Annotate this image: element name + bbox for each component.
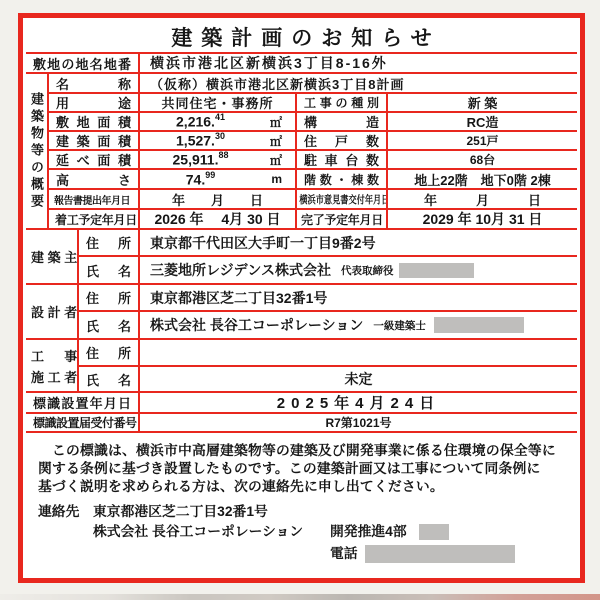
footer-notice: この標識は、横浜市中高層建築物等の建築及び開発事業に係る住環境の保全等に 関する… [26,433,577,575]
contractor-group-label: 工 事 施 工 者 [26,340,77,391]
building-area-value: 1,527.30 ㎡ [140,132,295,149]
redacted-owner-name [399,263,474,278]
height-value: 74.99 m [140,170,295,188]
structure-label: 構 造 [297,113,386,130]
report-date-label: 報告書提出年月日 [49,190,138,208]
contact-department: 開発推進4部 [330,522,407,542]
start-date-value: 2026 年 4月 30 日 [140,210,295,228]
units-value: 251戸 [388,132,577,149]
report-date-value: 年 月 日 [140,190,295,208]
sign-date-value: 2025年4月24日 [140,393,577,412]
photo-edge-artifact [0,594,600,600]
square-meter-unit: ㎡ [270,132,282,149]
overview-section-label: 建築物等の概要 [26,74,47,228]
finish-date-value: 2029 年 10月 31 日 [388,210,577,228]
sign-number-label: 標識設置届受付番号 [26,414,138,431]
use-label: 用 途 [49,94,138,111]
designer-name-label: 氏 名 [79,312,138,338]
units-label: 住 戸 数 [297,132,386,149]
meter-unit: m [271,172,282,186]
use-value: 共同住宅・事務所 [140,94,295,111]
square-meter-unit: ㎡ [270,151,282,168]
designer-address-value: 東京都港区芝二丁目32番1号 [140,285,577,310]
sign-number-value: R7第1021号 [140,414,577,431]
opinion-date-label: 横浜市意見書交付年月日 [297,190,386,208]
floors-value: 地上22階 地下0階 2棟 [388,170,577,188]
building-area-label: 建 築 面 積 [49,132,138,149]
site-address-label: 敷地の地名地番 [26,54,138,72]
start-date-label: 着工予定年月日 [49,210,138,228]
worktype-value: 新 築 [388,94,577,111]
redacted-department-person [419,524,449,540]
redacted-phone-number [365,545,515,563]
contact-address: 東京都港区芝二丁目32番1号 [93,502,268,522]
site-area-value: 2,216.41 ㎡ [140,113,295,130]
floors-label: 階 数 ・ 棟 数 [297,170,386,188]
designer-group-label: 設 計 者 [26,285,77,338]
contact-department-phone: 開発推進4部 電話 [330,522,515,564]
designer-address-label: 住 所 [79,285,138,310]
contractor-address-value [140,340,577,365]
name-label: 名 称 [49,74,138,92]
opinion-date-value: 年 月 日 [388,190,577,208]
owner-group-label: 建 築 主 [26,230,77,283]
owner-name-value: 三菱地所レジデンス株式会社 代表取締役 [140,257,577,283]
square-meter-unit: ㎡ [270,113,282,130]
parking-label: 駐 車 台 数 [297,151,386,168]
notice-table: 建築計画のお知らせ 敷地の地名地番 横浜市港北区新横浜3丁目8-16外 建築物等… [26,21,577,575]
name-value: （仮称）横浜市港北区新横浜3丁目8計画 [140,74,577,92]
construction-notice-board: 建築計画のお知らせ 敷地の地名地番 横浜市港北区新横浜3丁目8-16外 建築物等… [18,13,585,583]
redacted-architect-name [434,317,524,333]
floor-area-label: 延 べ 面 積 [49,151,138,168]
parking-value: 68台 [388,151,577,168]
owner-address-value: 東京都千代田区大手町一丁目9番2号 [140,230,577,255]
contractor-name-value: 未定 [140,367,577,391]
sign-date-label: 標識設置年月日 [26,393,138,412]
architect-grade-label: 一級建築士 [373,318,426,333]
worktype-label: 工 事 の 種 別 [297,94,386,111]
structure-value: RC造 [388,113,577,130]
site-address-value: 横浜市港北区新横浜3丁目8-16外 [140,54,577,72]
ordinance-notice-paragraph: この標識は、横浜市中高層建築物等の建築及び開発事業に係る住環境の保全等に 関する… [38,442,565,496]
board-title: 建築計画のお知らせ [26,21,577,52]
contact-block: 連絡先 東京都港区芝二丁目32番1号 株式会社 長谷工コーポレーション 開発推進… [38,502,565,542]
finish-date-label: 完了予定年月日 [297,210,386,228]
contractor-address-label: 住 所 [79,340,138,365]
owner-title: 代表取締役 [341,263,394,278]
floor-area-value: 25,911.88 ㎡ [140,151,295,168]
owner-name-label: 氏 名 [79,257,138,283]
contractor-name-label: 氏 名 [79,367,138,391]
contact-company: 株式会社 長谷工コーポレーション [93,522,303,542]
height-label: 高 さ [49,170,138,188]
contact-label: 連絡先 [38,502,93,522]
site-area-label: 敷 地 面 積 [49,113,138,130]
designer-name-value: 株式会社 長谷工コーポレーション 一級建築士 [140,312,577,338]
owner-address-label: 住 所 [79,230,138,255]
contact-phone-label: 電話 [330,544,358,564]
